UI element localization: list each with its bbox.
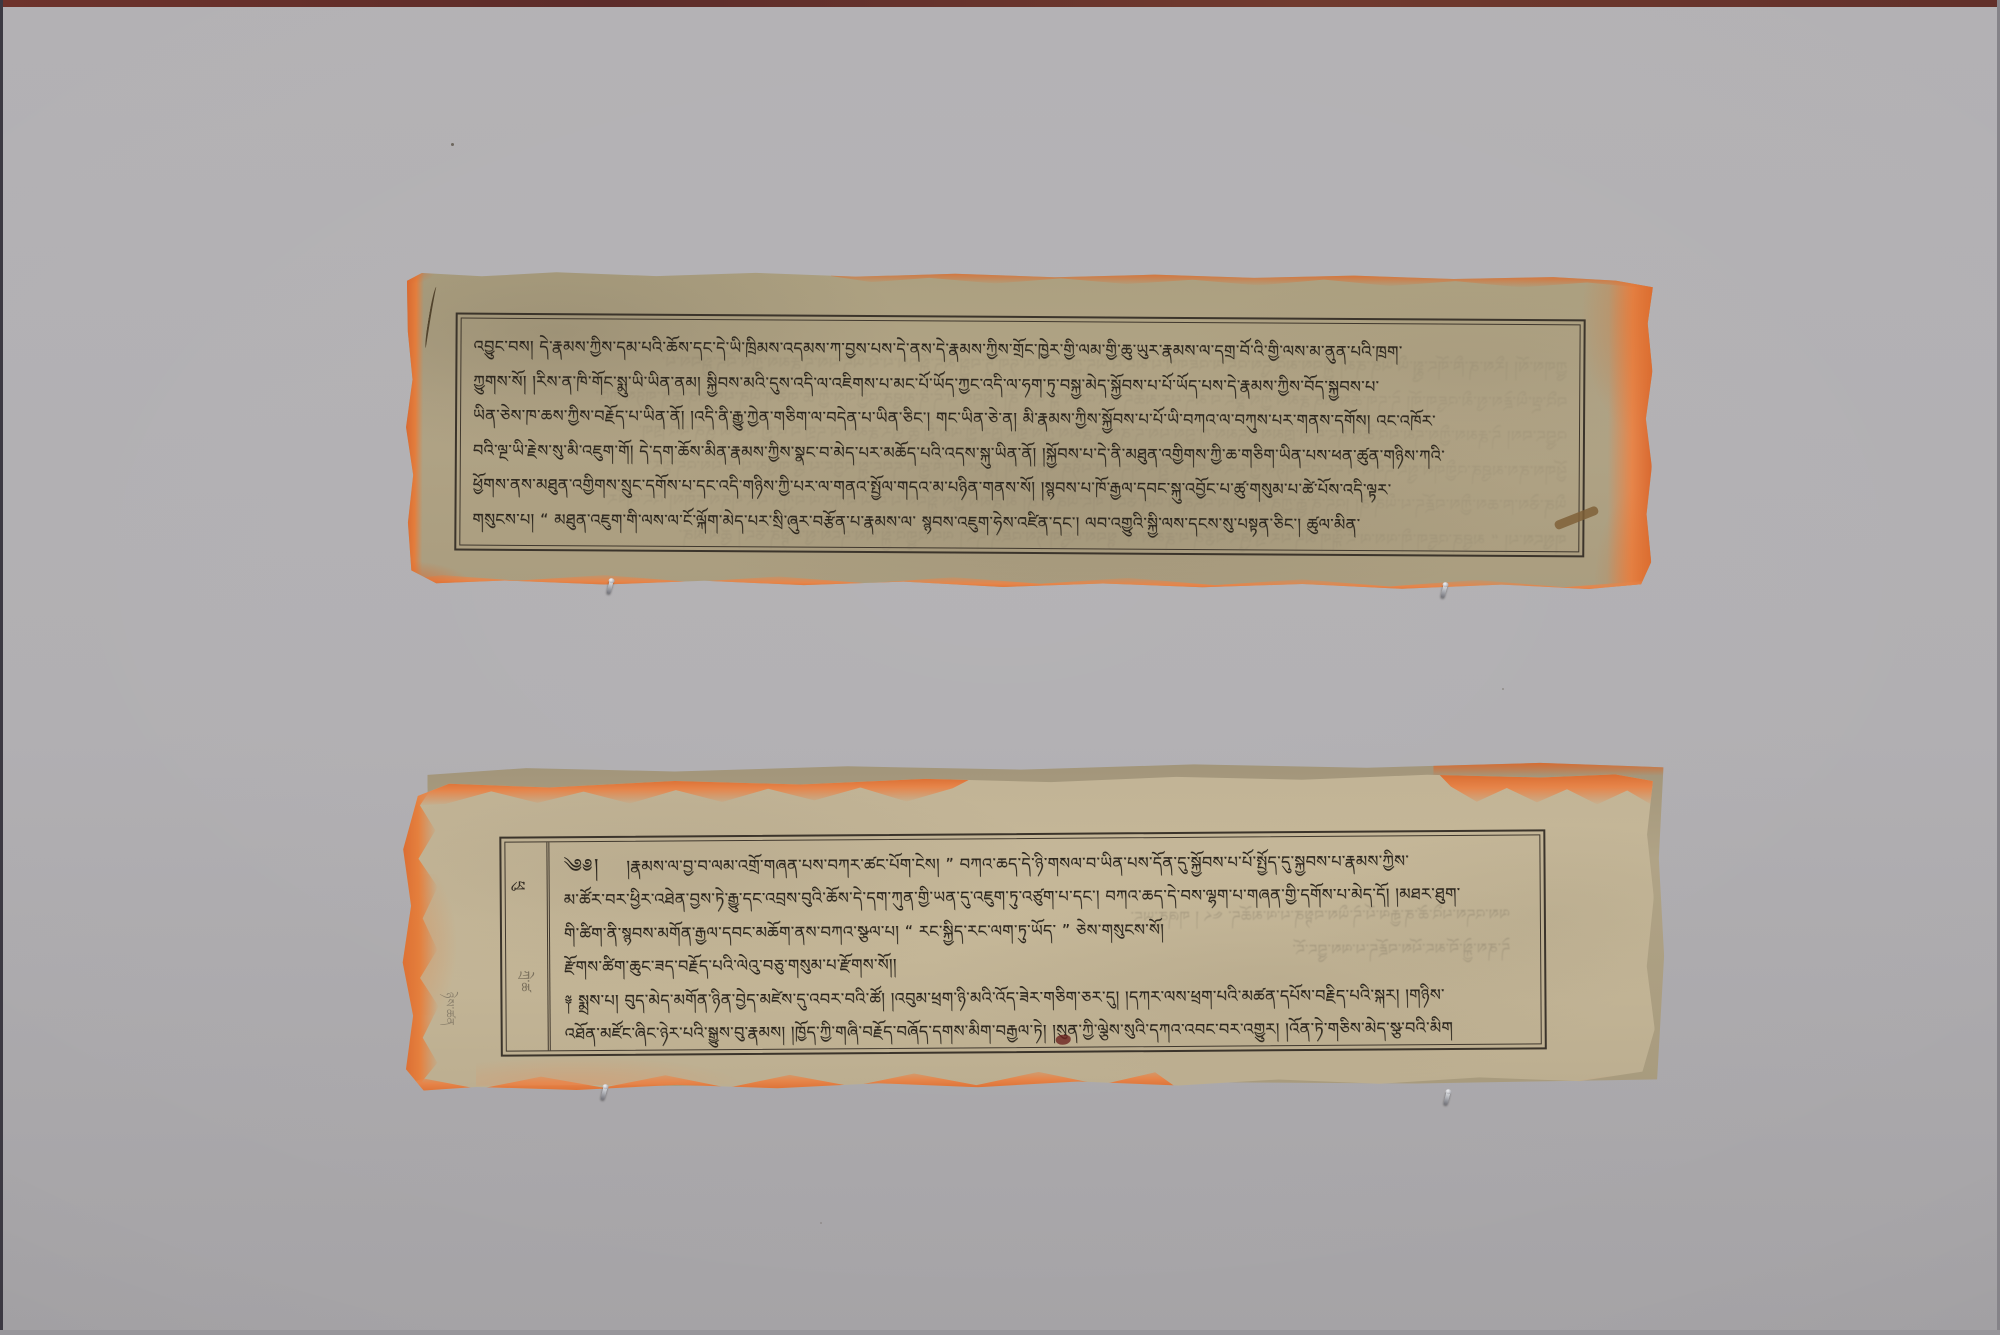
tibetan-text-block: འབྱུང་བས། དེ་རྣམས་ཀྱིས་དམ་པའི་ཆོས་དང་དེ་… [460,319,1579,552]
painted-edge-top [1433,762,1663,777]
tibetan-text-block: ལས་འདས་པའི་ཚེ་ན་རྒྱལ་པོ་དེ་ཡིས་བསྟན་པ་ལ་… [549,835,1540,1050]
orange-corner-stain [407,268,447,290]
text-frame-inner-rule: ཀྱུགས་སོ། །རིས་ན་ཁི་གོང་སྨུ་ཡི་ཡིན་ནམ། ས… [459,318,1580,553]
dust-speck [451,143,454,146]
painted-edge-bottom [401,1065,1179,1094]
orange-corner-stain [405,552,495,587]
tibetan-text-line: འཐོན་མཛོང་ཞིང་ཉེར་པའི་སྒྱུས་བུ་རྣམས། །ཁྱ… [565,1010,1531,1050]
photo-edge-top [0,0,2000,7]
text-frame-bottom-leaf: ཕུ ཀྲེ་ཚ ལས་འདས་པའི་ཚེ་ན་རྒྱལ་པོ་དེ་ཡིས་… [499,829,1547,1056]
margin-column: ཕུ ཀྲེ་ཚ [505,842,550,1050]
manuscript-leaf-top: ཀྱུགས་སོ། །རིས་ན་ཁི་གོང་སྨུ་ཡི་ཡིན་ནམ། ས… [405,268,1653,594]
painted-edge-left [405,268,424,586]
painted-edge-top [831,271,1653,289]
painted-edge-right [1607,276,1653,594]
text-frame-inner-rule: ཕུ ཀྲེ་ཚ ལས་འདས་པའི་ཚེ་ན་རྒྱལ་པོ་དེ་ཡིས་… [504,834,1541,1051]
dust-speck [1502,688,1504,690]
painted-edge-left [399,780,439,1094]
margin-vertical-text: ཕུ [493,881,535,891]
photograph-background: ཀྱུགས་སོ། །རིས་ན་ཁི་གོང་སྨུ་ཡི་ཡིན་ནམ། ས… [0,0,2000,1335]
manuscript-leaf-bottom: ཉེས་ཚན ཕུ ཀྲེ་ཚ ལས་འདས་པའི་ཚེ་ན་རྒྱལ་པོ་… [399,772,1655,1095]
dust-speck [820,1222,822,1224]
paper-fiber [424,286,439,348]
yig-mgo-head-mark: ༄༅། [563,855,600,877]
tibetan-text-line: མ་ཚོར་བར་ཕྱིར་འཐེན་བྱས་ཏེ་རྒྱུ་དང་འབྲས་བ… [564,877,1530,917]
photo-edge-left [0,0,3,1335]
margin-pencil-scribble: ཉེས་ཚན [428,992,462,1026]
mounting-pin-icon [1443,1091,1450,1106]
photo-edge-bottom [0,1330,2000,1335]
tibetan-text-line: གསུངས་པ། “ མཐུན་འཇུག་གི་ལས་ལ་ངོ་ལྐོག་མེད… [472,503,1566,544]
margin-vertical-text: ཀྲེ་ཚ [502,970,539,991]
painted-edge-bottom [405,571,1651,594]
text-frame-top-leaf: ཀྱུགས་སོ། །རིས་ན་ཁི་གོང་སྨུ་ཡི་ཡིན་ནམ། ས… [454,312,1585,557]
